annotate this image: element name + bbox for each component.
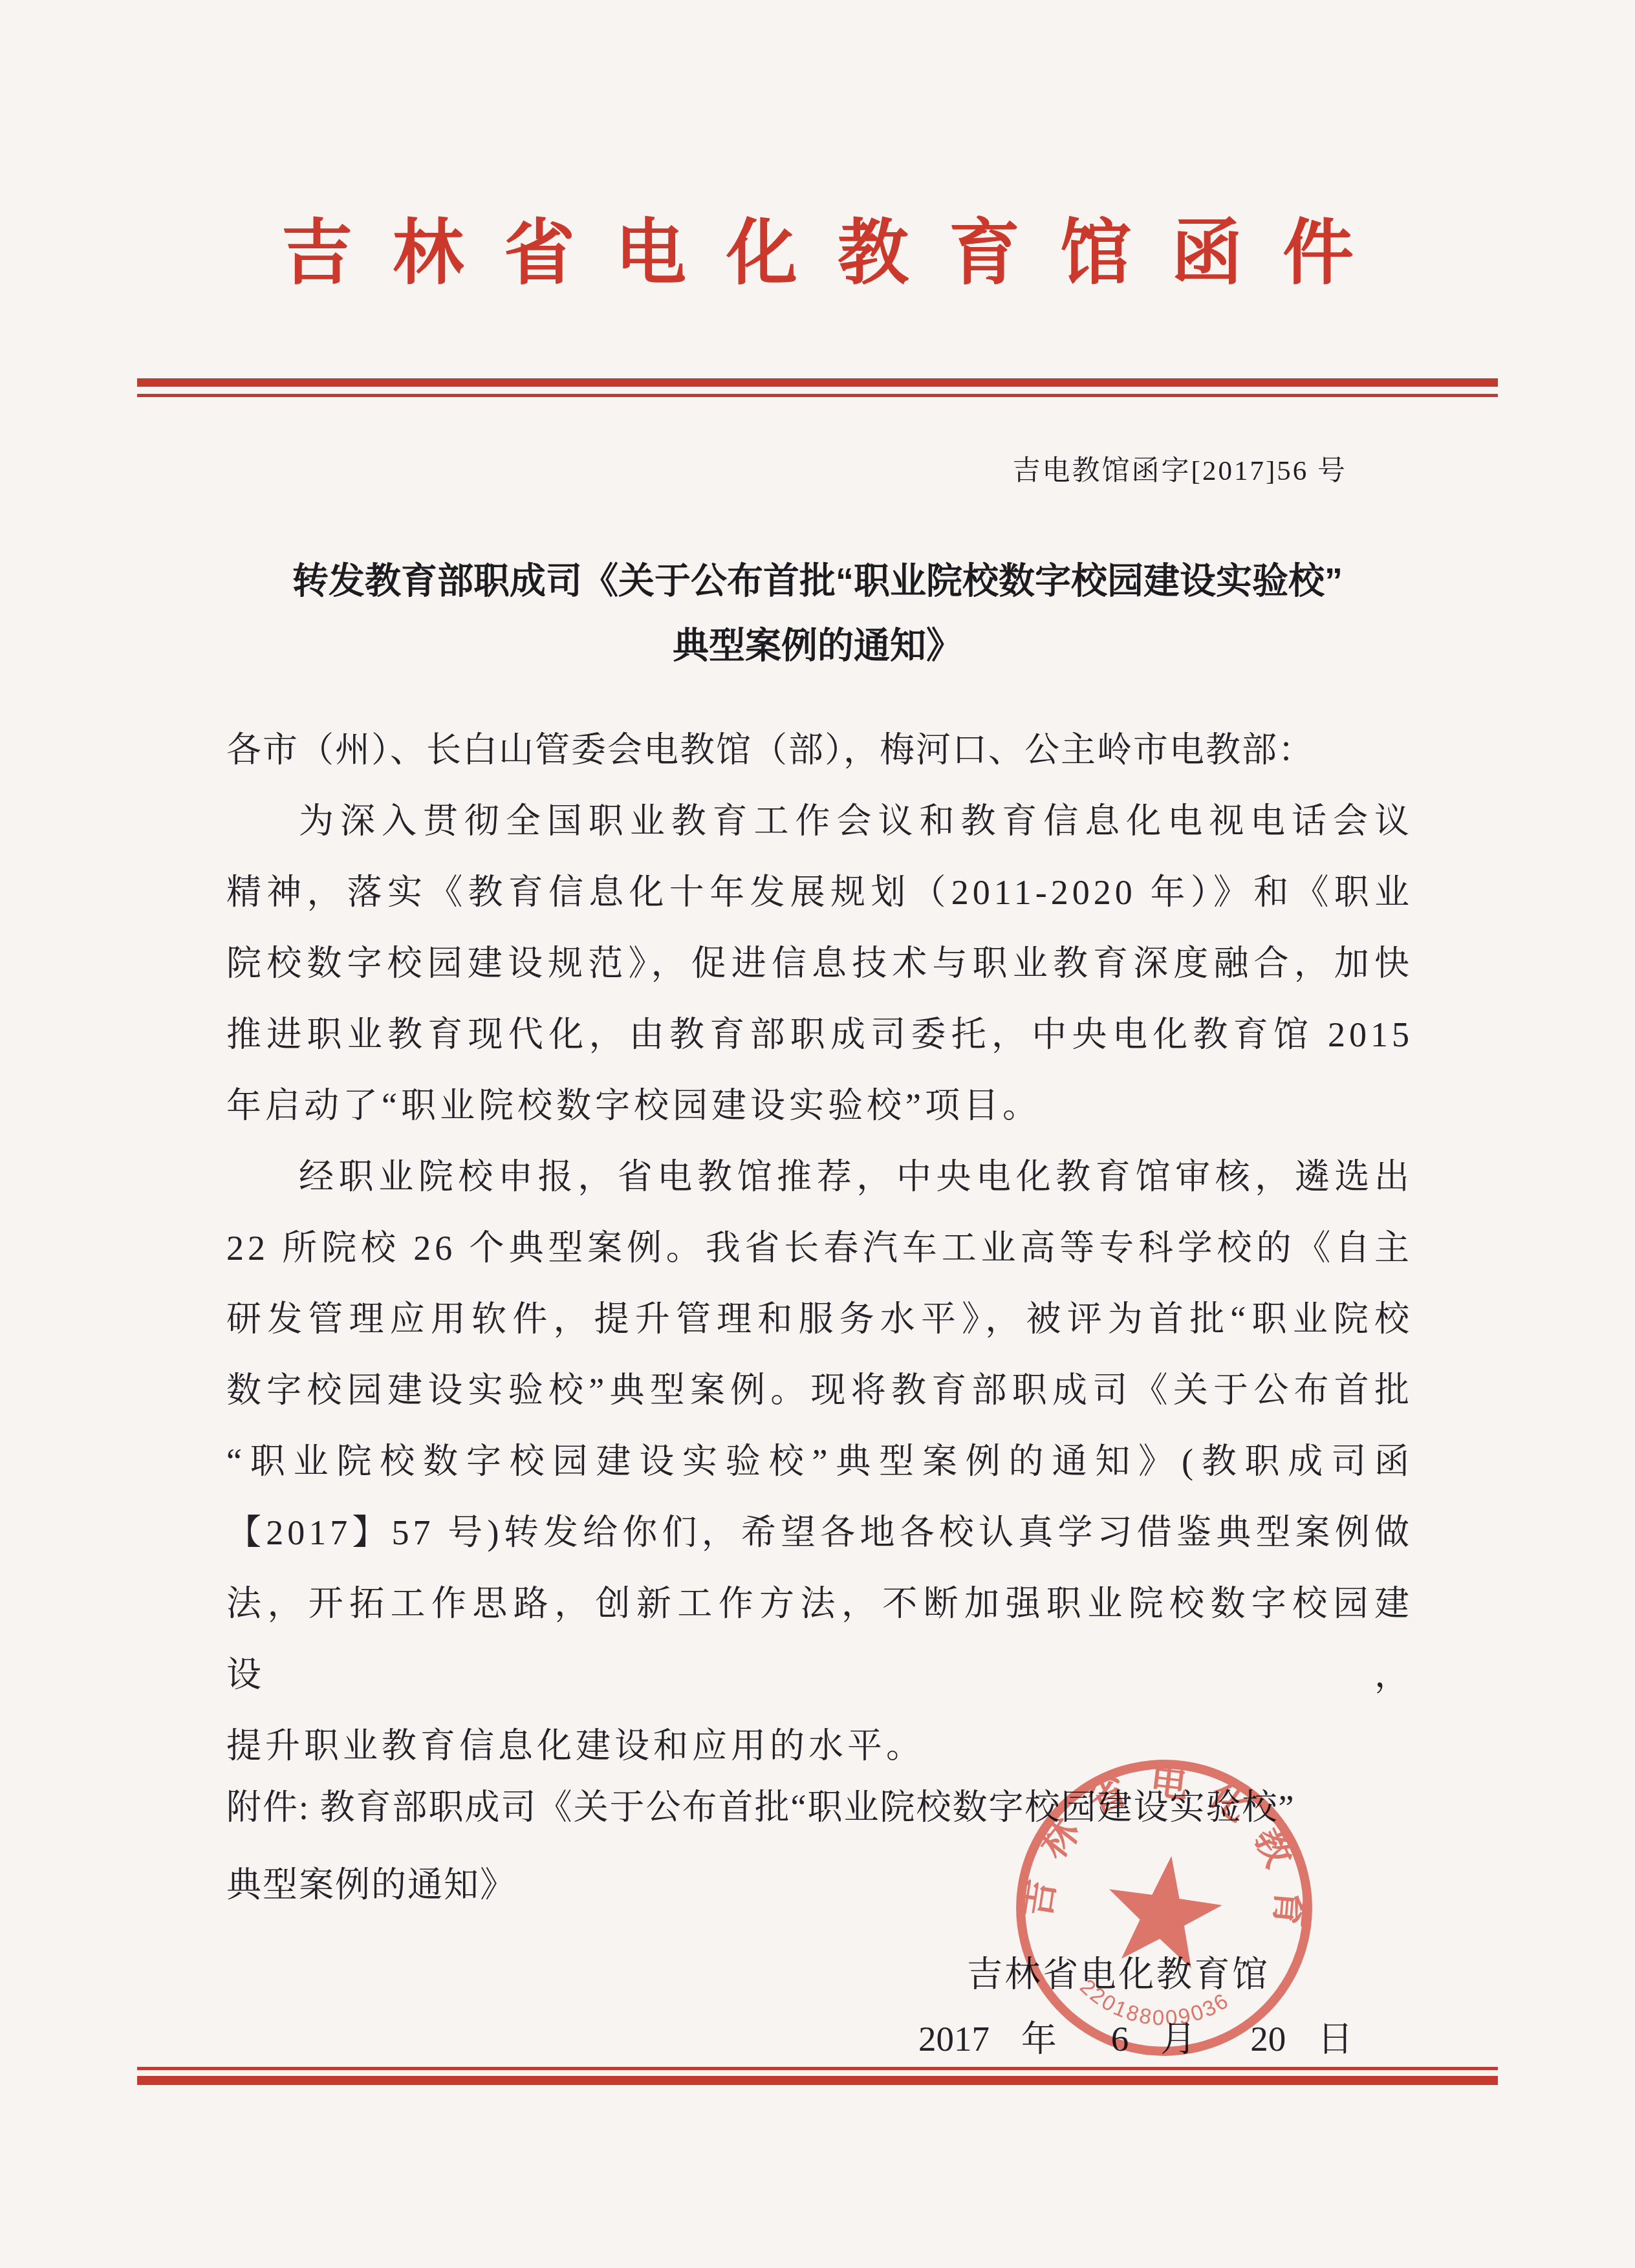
paragraph1-line: 年启动了“职业院校数字校园建设实验校”项目。 [226,1070,1413,1141]
rule-thick-line [137,378,1498,387]
paragraph1-line: 推进职业教育现代化，由教育部职成司委托，中央电化教育馆 2015 [226,999,1413,1070]
notice-title-line1: 转发教育部职成司《关于公布首批“职业院校数字校园建设实验校” [106,548,1529,613]
header-divider-rule [137,378,1498,397]
document-reference-number: 吉电教馆函字[2017]56 号 [1013,449,1347,488]
official-seal: 吉林省电化教育馆 2201880090363 [988,1731,1341,2085]
paragraph2-line: 【2017】57 号)转发给你们，希望各地各校认真学习借鉴典型案例做 [226,1497,1413,1568]
letter-body: 各市（州）、长白山管委会电教馆（部），梅河口、公主岭市电教部： 为深入贯彻全国职… [226,715,1413,1782]
paragraph1-line: 精神，落实《教育信息化十年发展规划（2011-2020 年）》和《职业 [226,857,1413,928]
notice-title: 转发教育部职成司《关于公布首批“职业院校数字校园建设实验校” 典型案例的通知》 [106,548,1529,678]
paragraph1-line: 为深入贯彻全国职业教育工作会议和教育信息化电视电话会议 [226,786,1413,857]
paragraph2-line: 法，开拓工作思路，创新工作方法，不断加强职业院校数字校园建设， [226,1568,1413,1711]
letterhead-title: 吉林省电化教育馆函件 [0,208,1635,299]
paragraph2-line: 数字校园建设实验校”典型案例。现将教育部职成司《关于公布首批 [226,1355,1413,1426]
paragraph2-line: “职业院校数字校园建设实验校”典型案例的通知》(教职成司函 [226,1426,1413,1497]
official-seal-graphic: 吉林省电化教育馆 2201880090363 [988,1731,1341,2085]
paragraph2-line: 研发管理应用软件，提升管理和服务水平》，被评为首批“职业院校 [226,1284,1413,1355]
notice-title-line2: 典型案例的通知》 [106,613,1529,678]
paragraph2-line: 经职业院校申报，省电教馆推荐，中央电化教育馆审核，遴选出 [226,1141,1413,1213]
rule-thin-line [137,394,1498,397]
paragraph2-line: 22 所院校 26 个典型案例。我省长春汽车工业高等专科学校的《自主 [226,1213,1413,1284]
paragraph1-line: 院校数字校园建设规范》，促进信息技术与职业教育深度融合，加快 [226,928,1413,999]
seal-star-icon [1100,1848,1228,1972]
salutation: 各市（州）、长白山管委会电教馆（部），梅河口、公主岭市电教部： [226,715,1413,786]
scanned-official-letter: 吉林省电化教育馆函件 吉电教馆函字[2017]56 号 转发教育部职成司《关于公… [0,0,1635,2268]
